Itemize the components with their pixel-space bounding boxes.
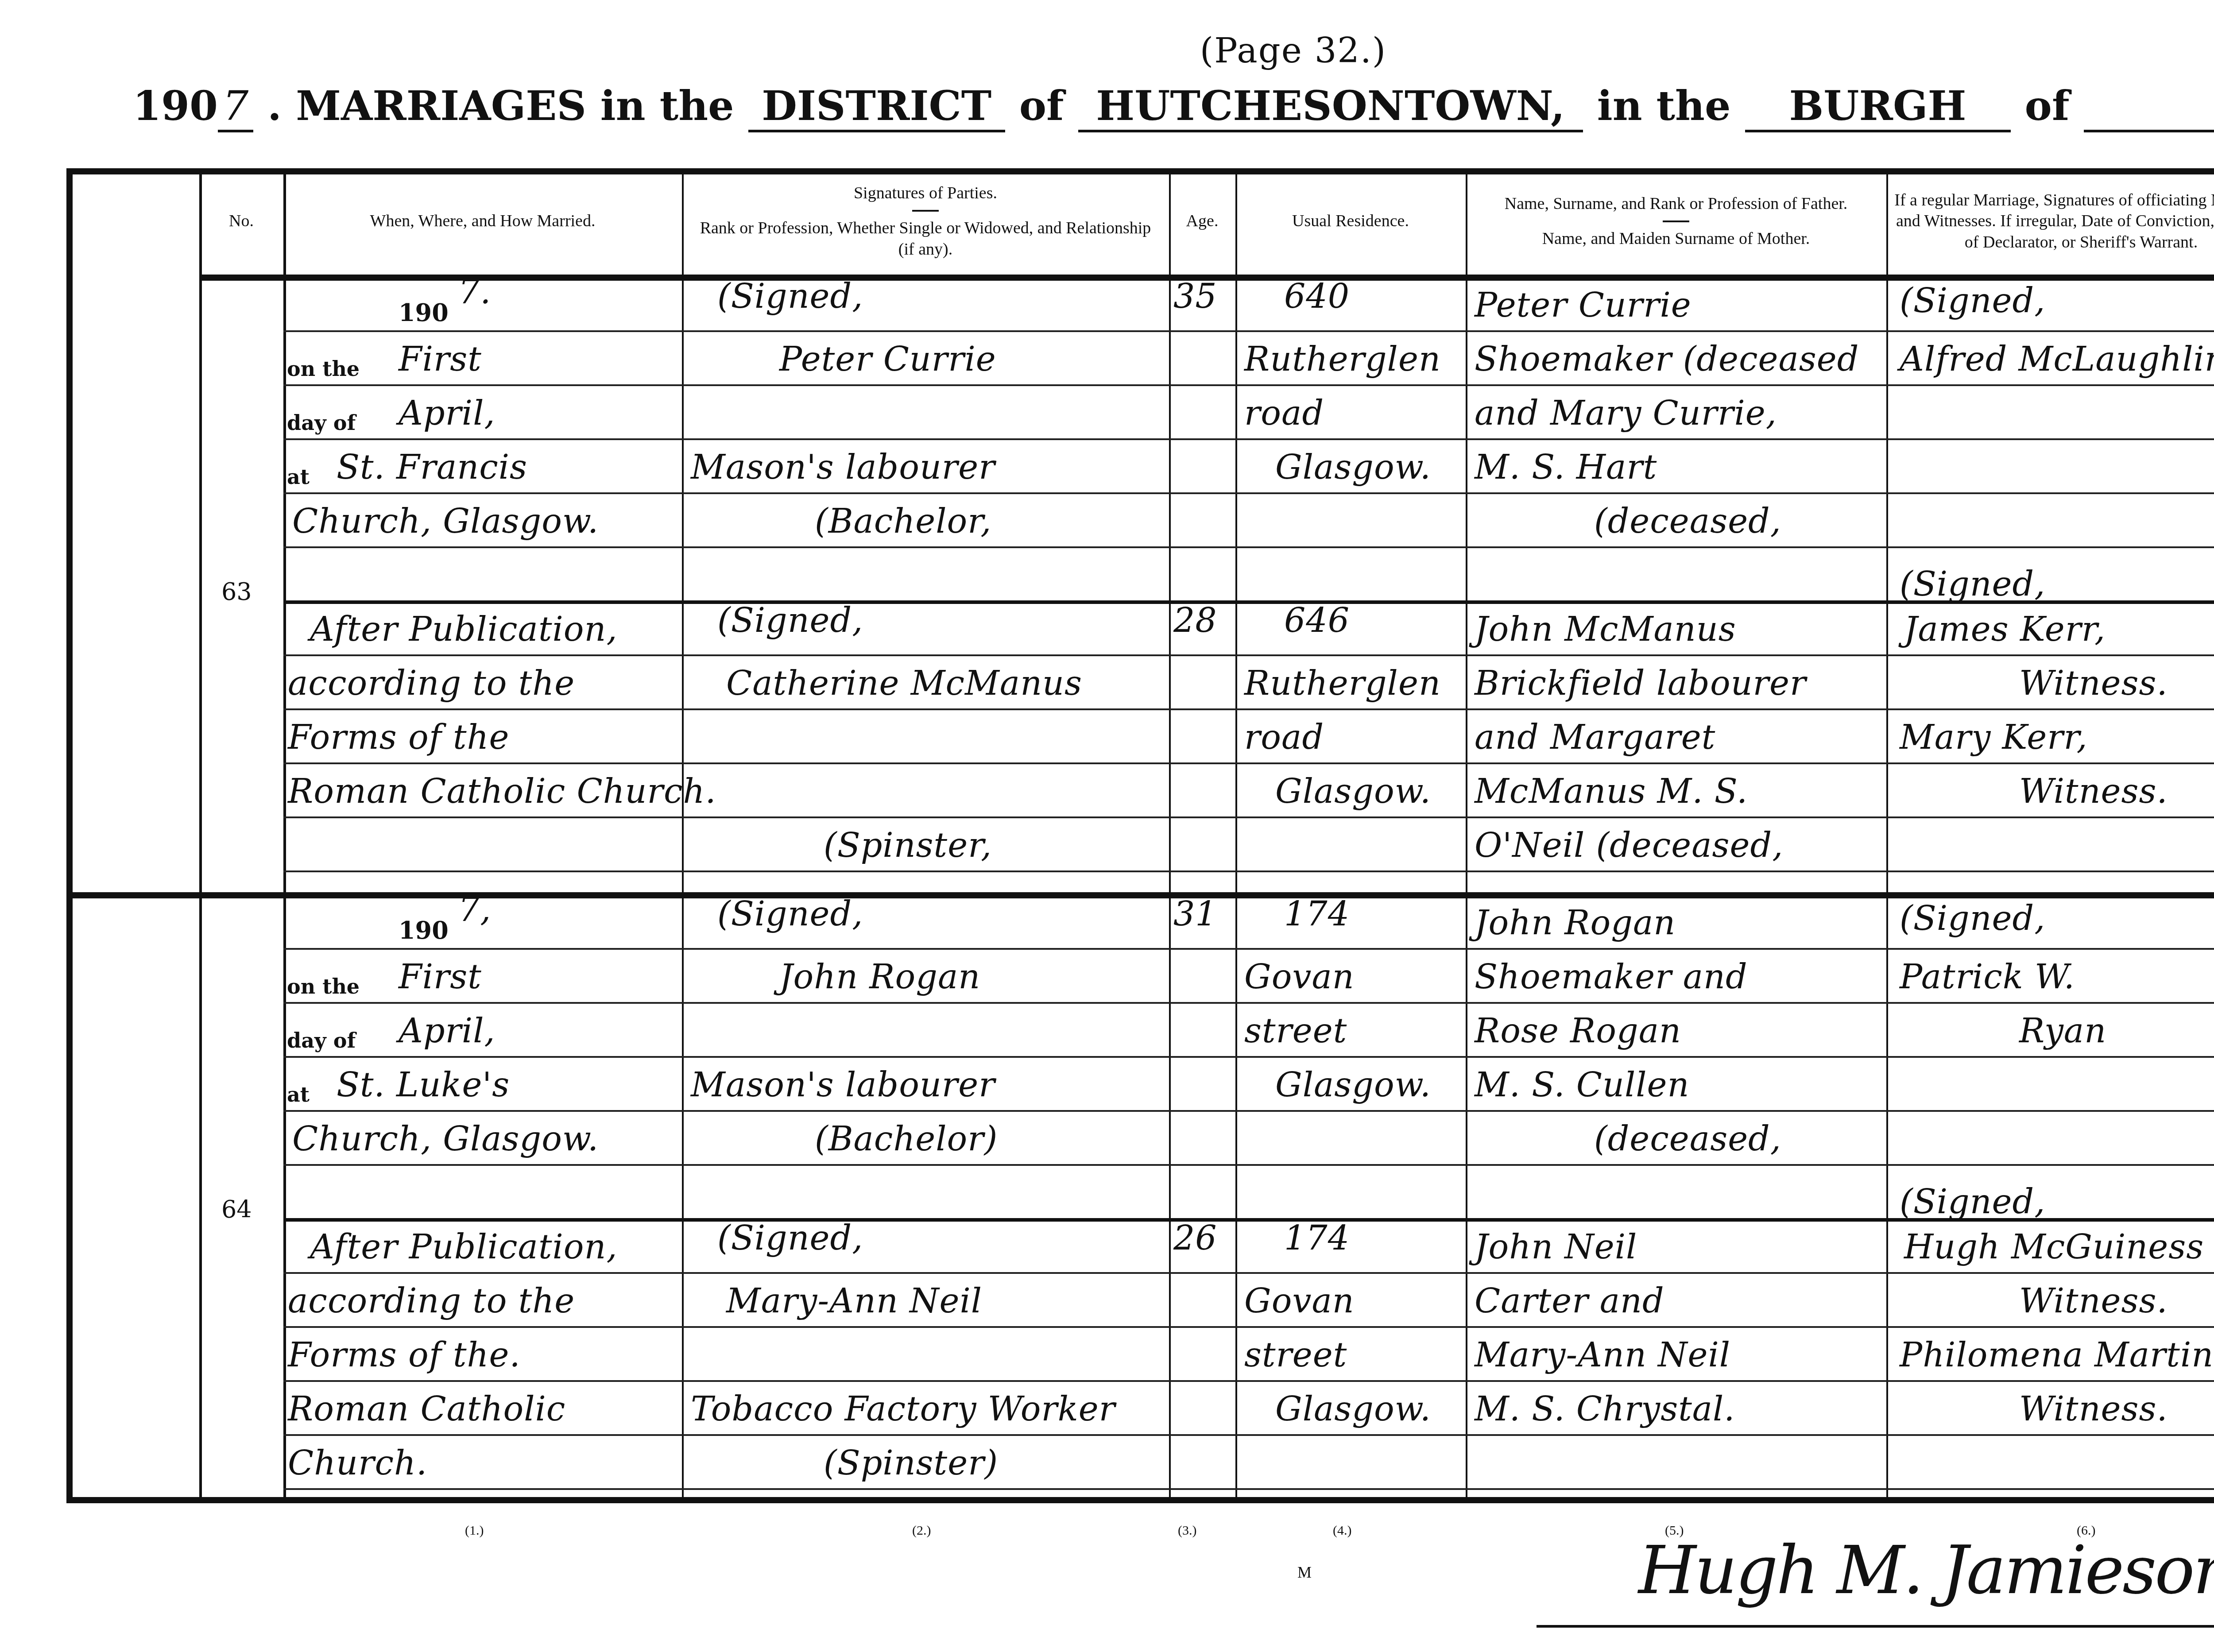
bride-parents: McManus M. S. [1475,771,1748,811]
witness-signature: Mary Kerr, [1900,717,2088,757]
groom-parents: and Mary Currie, [1475,393,1777,433]
bride-residence: Glasgow. [1275,771,1431,811]
groom-parents: (deceased, [1594,1119,1781,1158]
groom-residence: street [1244,1011,1347,1050]
bride-signed: (Signed, [717,1218,863,1257]
column-divider [1466,168,1467,1503]
printed-at: at [287,465,310,489]
column-divider [283,168,286,1503]
witness-signature: (Signed, [1900,1182,2045,1221]
bride-age: 26 [1173,1218,1217,1257]
bride-name: Mary-Ann Neil [726,1281,982,1320]
bride-parents: and Margaret [1475,717,1715,757]
marriage-day: First [399,957,482,996]
ruled-line [283,948,2214,950]
witness-signature: Witness. [2019,1281,2168,1320]
bride-residence: Glasgow. [1275,1389,1431,1428]
column-divider [1235,168,1237,1503]
marriage-month: April, [399,393,495,433]
column-number: (4.) [1333,1523,1351,1538]
year-digit: 7. [458,272,492,311]
groom-parents: M. S. Hart [1475,447,1657,487]
ruled-line [283,1488,2214,1490]
footer-signature-line [1537,1625,2214,1628]
minister-signature: (Signed, [1900,898,2045,938]
ruled-line [283,762,2214,764]
ruled-line [283,330,2214,332]
printed-on-the: on the [287,357,360,381]
entry-number: 63 [221,578,252,606]
bride-rank: Tobacco Factory Worker [691,1389,1115,1428]
marriage-place: St. Francis [337,447,527,487]
groom-residence: Rutherglen [1244,339,1441,379]
ruled-line [283,1002,2214,1004]
bride-parents: Carter and [1475,1281,1664,1320]
bride-age: 28 [1173,600,1217,640]
marriage-how: according to the [288,663,575,703]
groom-residence: road [1244,393,1324,433]
of-text: of [1019,82,1064,130]
ruled-line [283,708,2214,710]
ruled-line [283,654,2214,656]
marriage-how: Roman Catholic [288,1389,565,1428]
groom-rank: Mason's labourer [691,1065,995,1104]
marriage-month: April, [399,1011,495,1050]
witness-signature: (Signed, [1900,564,2045,604]
ruled-line [283,384,2214,386]
ruled-line [283,546,2214,548]
groom-name: John Rogan [779,957,980,996]
entry-number: 64 [221,1195,252,1223]
printed-at: at [287,1083,310,1106]
marriage-how: After Publication, [310,1227,618,1266]
printed-on-the: on the [287,975,360,998]
marriage-place-2: Church, Glasgow. [292,501,599,541]
witness-signature: Philomena Martin [1900,1335,2214,1374]
groom-signed: (Signed, [717,276,863,316]
column-number: (3.) [1178,1523,1196,1538]
header-residence: Usual Residence. [1235,173,1466,270]
marriage-how: Forms of the [288,717,509,757]
marriage-day: First [399,339,482,379]
witness-signature: Witness. [2019,771,2168,811]
district-label: DISTRICT [748,82,1005,132]
minister-signature: Patrick W. [1900,957,2075,996]
groom-status: (Bachelor, [815,501,992,541]
groom-parents: Rose Rogan [1475,1011,1681,1050]
bride-signed: (Signed, [717,600,863,640]
ruled-line [283,1380,2214,1382]
year-digit: 7 [218,82,253,132]
bride-residence: Govan [1244,1281,1355,1320]
marriage-place-2: Church, Glasgow. [292,1119,599,1158]
witness-signature: Witness. [2019,1389,2168,1428]
header-father-mother: Name, Surname, and Rank or Profession of… [1466,173,1886,270]
burgh-label: BURGH [1745,82,2011,132]
groom-status: (Bachelor) [815,1119,998,1158]
header-no: No. [199,173,283,270]
header-signatures: Signatures of Parties.Rank or Profession… [682,173,1169,270]
ruled-line [283,1056,2214,1058]
printed-year: 190 [399,298,449,327]
header-when-where: When, Where, and How Married. [283,173,682,270]
printed-day-of: day of [287,1029,356,1052]
groom-residence: Govan [1244,957,1355,996]
ruled-line [283,1272,2214,1274]
column-number: (1.) [465,1523,484,1538]
groom-age: 35 [1173,276,1217,316]
column-divider [1169,168,1171,1503]
header-age: Age. [1169,173,1235,270]
ruled-line [283,816,2214,818]
footer-mark: M [1297,1563,1312,1582]
of-text-2: of [2025,82,2070,130]
bride-parents: Brickfield labourer [1475,663,1806,703]
minister-signature: Alfred McLaughlin [1900,339,2214,379]
groom-signed: (Signed, [717,894,863,933]
marriage-how: After Publication, [310,609,618,649]
bride-parents: Mary-Ann Neil [1475,1335,1730,1374]
bride-residence: street [1244,1335,1347,1374]
bride-residence: Rutherglen [1244,663,1441,703]
column-divider [199,168,202,1503]
year-digit: 7, [458,890,492,929]
groom-residence: Glasgow. [1275,1065,1431,1104]
year-prefix: 190 [133,82,218,130]
minister-signature: (Signed, [1900,281,2045,320]
printed-year: 190 [399,916,449,944]
marriage-how: according to the [288,1281,575,1320]
ruled-line [283,1434,2214,1436]
groom-residence: 174 [1284,894,1350,933]
witness-signature: Hugh McGuiness [1904,1227,2204,1266]
bride-residence: road [1244,717,1324,757]
table-bottom [66,1497,2214,1503]
groom-parents: John Rogan [1475,903,1676,942]
groom-parents: Peter Currie [1475,285,1691,325]
groom-residence: 640 [1284,276,1350,316]
registrar-signature: Hugh M. Jamieson, [1638,1532,2214,1609]
burgh-name: GLASGOW. [2084,82,2214,132]
bride-residence: 646 [1284,600,1350,640]
ruled-line [283,870,2214,872]
in-the-text: in the [1597,82,1731,130]
groom-parents: Shoemaker (deceased [1475,339,1859,379]
witness-signature: Witness. [2019,663,2168,703]
groom-name: Peter Currie [779,339,996,379]
groom-residence: Glasgow. [1275,447,1431,487]
bride-parents: John McManus [1475,609,1736,649]
bride-status: (Spinster) [824,1443,998,1482]
district-name: HUTCHESONTOWN, [1078,82,1583,132]
page-number: (Page 32.) [0,31,2214,71]
bride-parents: M. S. Chrystal. [1475,1389,1735,1428]
witness-signature: James Kerr, [1904,609,2106,649]
ruled-line [283,492,2214,494]
groom-age: 31 [1173,894,1217,933]
column-number: (2.) [912,1523,931,1538]
marriage-how: Roman Catholic Church. [288,771,716,811]
header-minister-witnesses: If a regular Marriage, Signatures of off… [1886,173,2214,270]
bride-name: Catherine McManus [726,663,1082,703]
groom-rank: Mason's labourer [691,447,995,487]
column-divider [1886,168,1888,1503]
bride-parents: O'Neil (deceased, [1475,825,1783,865]
ruled-line [283,1110,2214,1112]
ruled-line [283,1164,2214,1166]
groom-parents: Shoemaker and [1475,957,1748,996]
minister-signature: Ryan [2019,1011,2106,1050]
bride-residence: 174 [1284,1218,1350,1257]
marriage-how: Forms of the. [288,1335,521,1374]
column-divider [682,168,684,1503]
groom-parents: (deceased, [1594,501,1781,541]
marriage-place: St. Luke's [337,1065,510,1104]
marriage-how: Church. [288,1443,427,1482]
bride-parents: John Neil [1475,1227,1637,1266]
printed-day-of: day of [287,411,356,435]
register-title: 1907 . MARRIAGES in the DISTRICT of HUTC… [133,82,2214,135]
title-text: . MARRIAGES in the [267,82,734,130]
groom-parents: M. S. Cullen [1475,1065,1689,1104]
ruled-line [283,438,2214,440]
entry-divider [66,892,2214,898]
bride-status: (Spinster, [824,825,992,865]
ruled-line [283,1326,2214,1328]
